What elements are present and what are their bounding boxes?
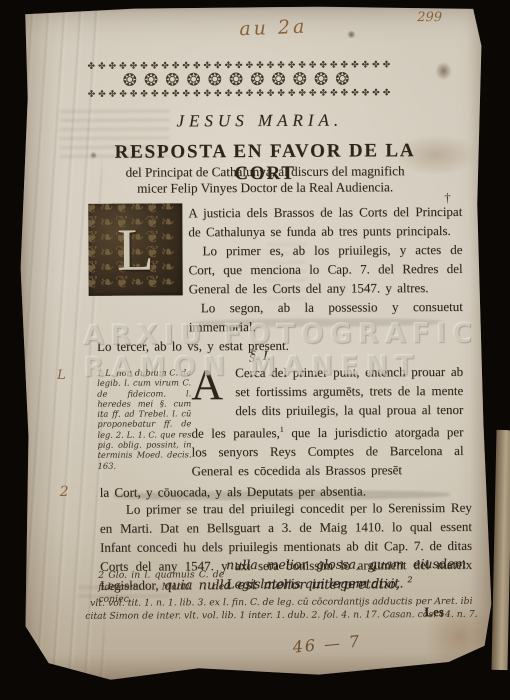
handwritten-folio-number: 299 — [417, 10, 442, 25]
latin-quotation: nulla melior glossa, quam eiusdem Legisl… — [226, 556, 466, 591]
catchword: Les — [424, 604, 444, 620]
page-subtitle: del Principat de Cathalunya, al discurs … — [92, 163, 438, 197]
footnote-line: citat Simon de inter. vlt. vol. lib. 1 i… — [80, 608, 482, 623]
photo-stage: au 2a 299 L 2 † 46 — 7 ✤✤✤✤✤✤✤✤✤✤✤✤✤✤✤✤✤… — [0, 0, 510, 700]
handwritten-bottom-number: 46 — 7 — [292, 631, 362, 656]
handwritten-margin-mark-lower: 2 — [60, 484, 69, 500]
initial-letter: L — [88, 203, 182, 295]
invocation-heading: JESUS MARIA. — [110, 110, 410, 132]
intro-paragraphs: ❦❧❦❧❦❧❦❧❦❧❦❧❦❧❦❧❦❧❦❧❦❧❦❧❦❧❦❧❦❧❦❧❦❧❦❧ L A… — [88, 202, 463, 356]
subtitle-line: del Principat de Cathalunya, al discurs … — [92, 163, 438, 181]
footnote-ref: 1 — [280, 425, 284, 434]
handwritten-shelfmark: au 2a — [239, 16, 308, 41]
ink-blot — [436, 62, 452, 80]
ink-dot — [347, 30, 355, 38]
section1-paragraph: A Cerca del primer punt, entench prouar … — [191, 362, 464, 481]
footnote-block: vlt. vol. tit. 1. n. 1. lib. 3. ex l. fi… — [80, 596, 482, 623]
subtitle-line: micer Felip Vinyes Doctor de la Real Aud… — [92, 179, 438, 197]
initial-letter-A: A — [191, 365, 231, 405]
ornament-row-middle: ❂❂❂❂❂❂❂❂❂❂❂ — [88, 70, 392, 89]
book-page-edges — [491, 430, 510, 670]
footnote-ref: 2 — [407, 575, 412, 584]
ornament-row-top: ✤✤✤✤✤✤✤✤✤✤✤✤✤✤✤✤✤✤✤✤✤✤✤✤✤✤✤✤✤✤ — [88, 60, 392, 71]
ornament-band: ✤✤✤✤✤✤✤✤✤✤✤✤✤✤✤✤✤✤✤✤✤✤✤✤✤✤✤✤✤✤ ❂❂❂❂❂❂❂❂❂… — [88, 60, 392, 99]
woodcut-initial-L: ❦❧❦❧❦❧❦❧❦❧❦❧❦❧❦❧❦❧❦❧❦❧❦❧❦❧❦❧❦❧❦❧❦❧❦❧ L — [88, 203, 189, 324]
ornament-row-bottom: ✤✤✤✤✤✤✤✤✤✤✤✤✤✤✤✤✤✤✤✤✤✤✤✤✤✤✤✤✤✤ — [88, 88, 392, 99]
latin-text: nulla melior glossa, quam eiusdem Legisl… — [226, 556, 466, 591]
margin-note-1: 1 L. non dubium C. de legib. l. cum viru… — [97, 367, 192, 470]
document-page: au 2a 299 L 2 † 46 — 7 ✤✤✤✤✤✤✤✤✤✤✤✤✤✤✤✤✤… — [15, 4, 497, 688]
handwritten-margin-mark-upper: L — [57, 368, 66, 383]
